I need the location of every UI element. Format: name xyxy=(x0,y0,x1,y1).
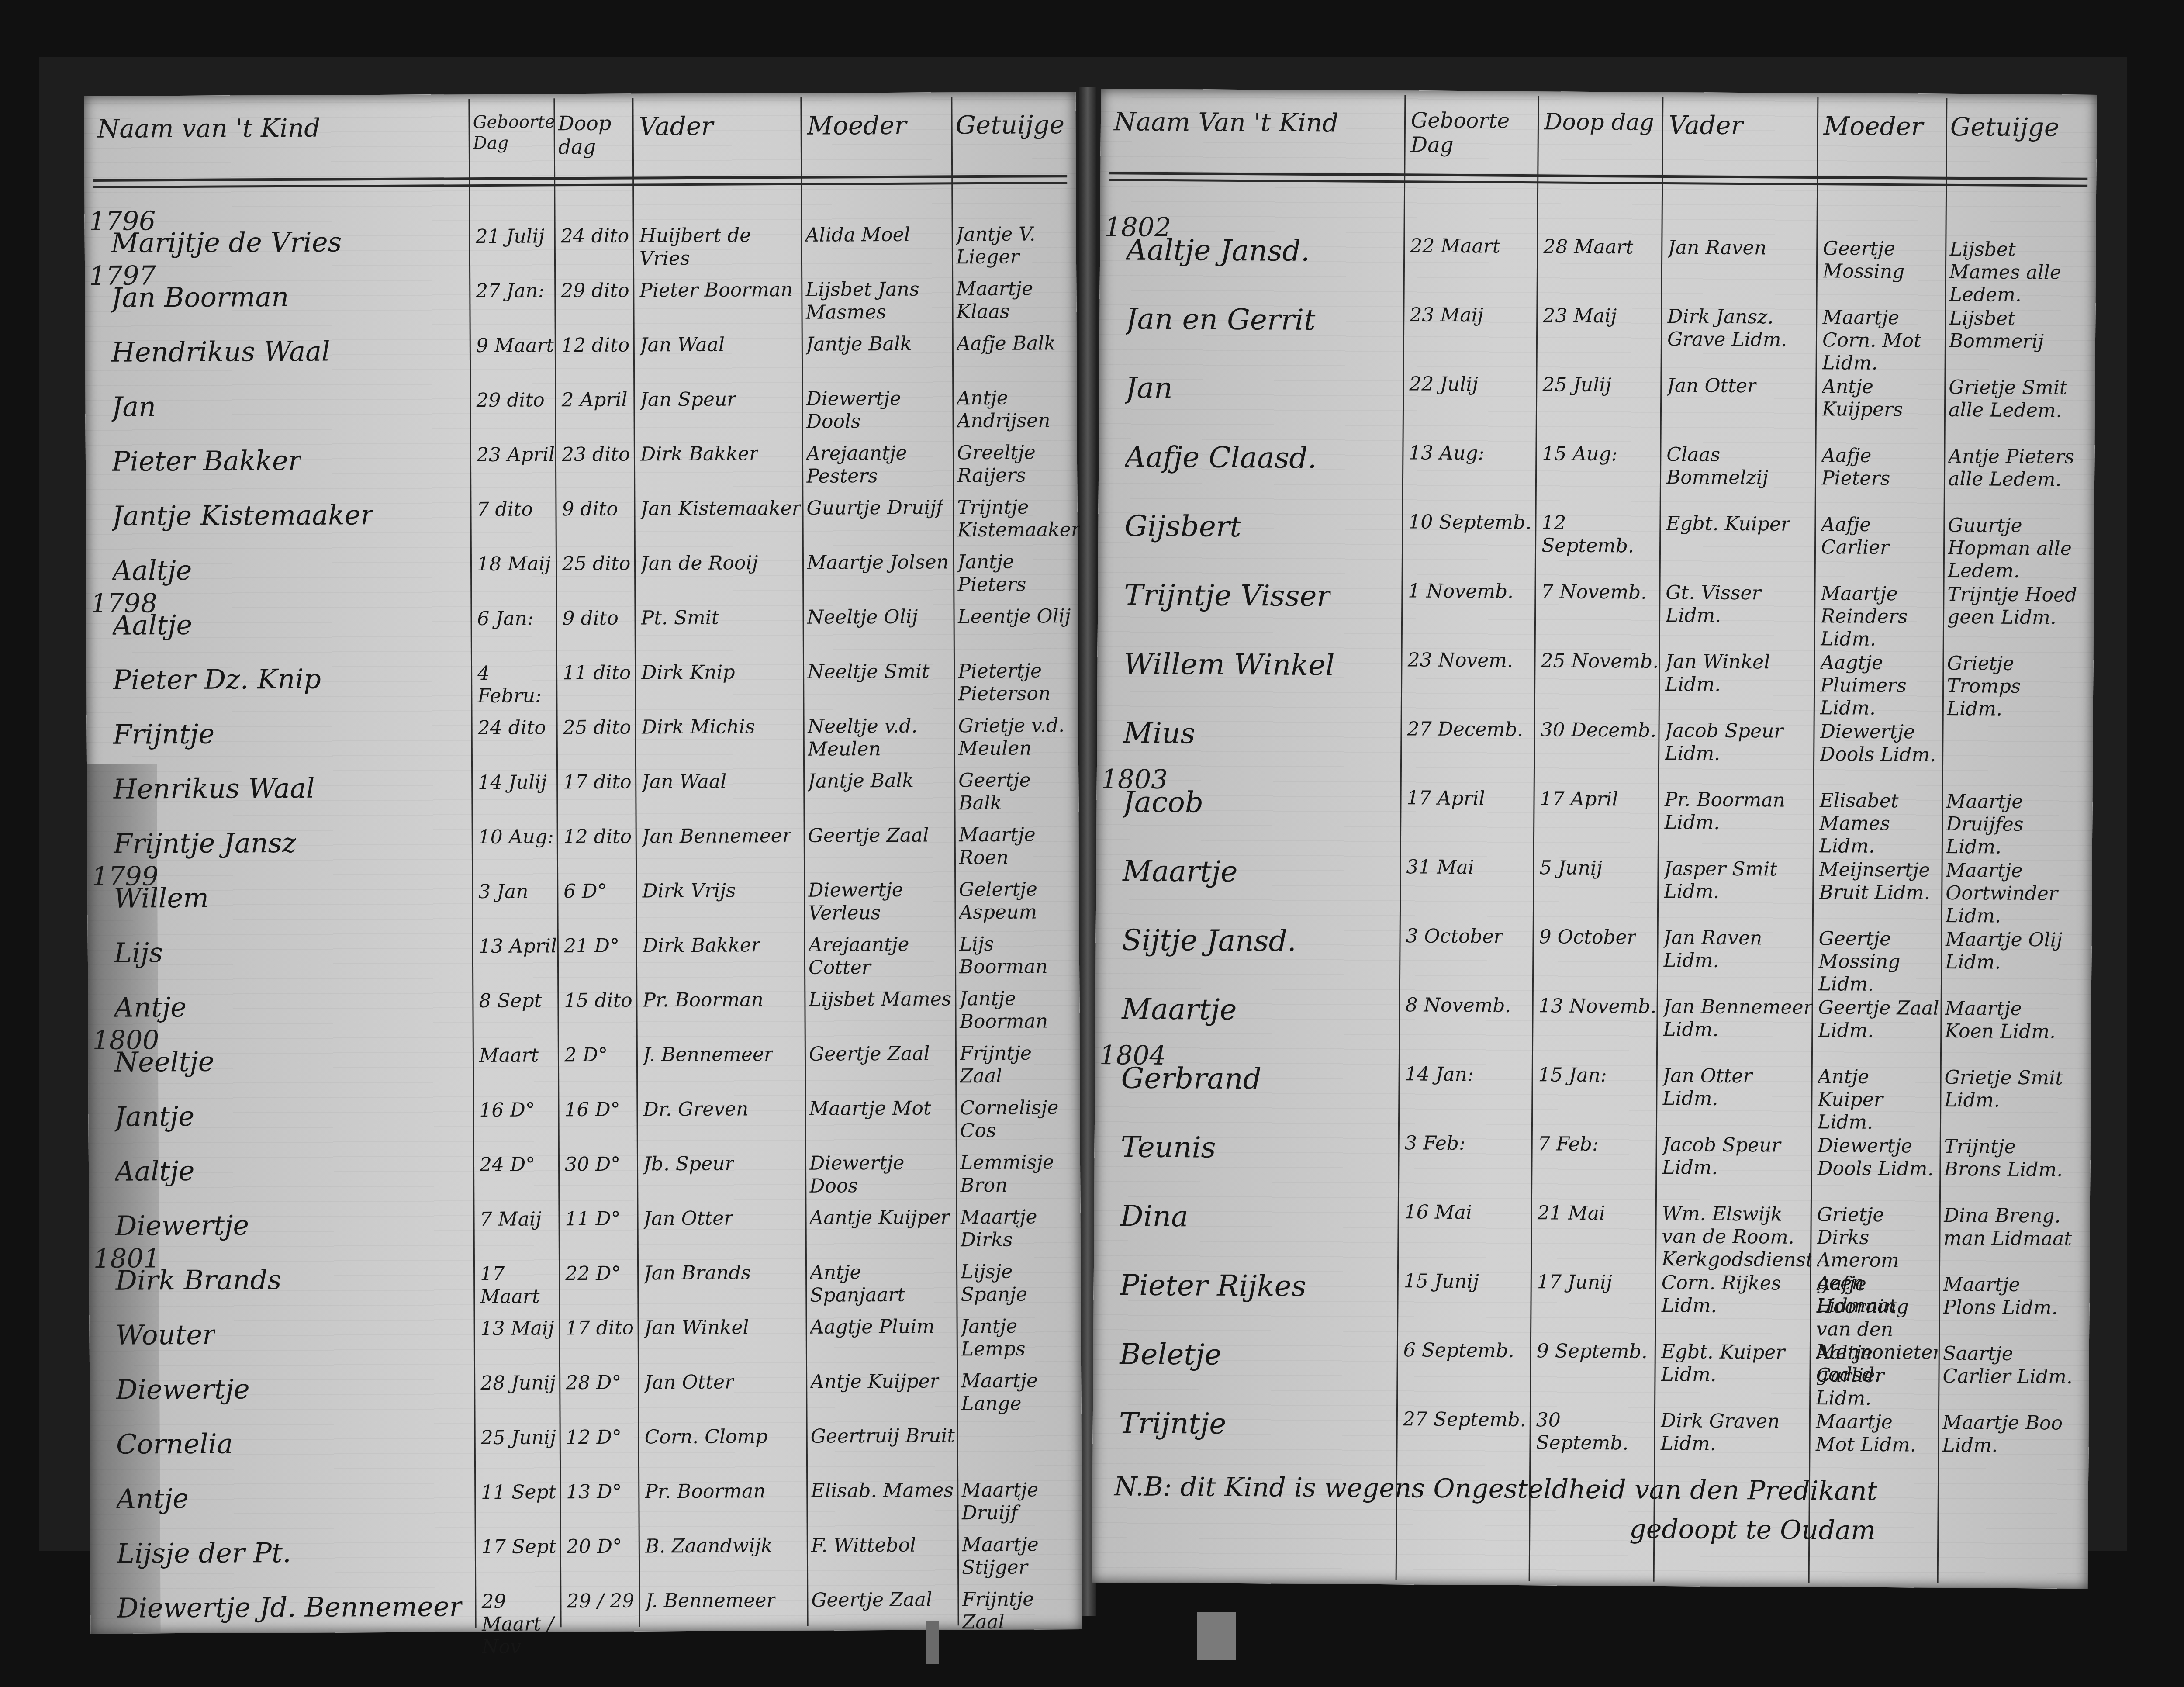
father-name: Jan Winkel xyxy=(644,1316,749,1339)
child-name: Dina xyxy=(1120,1199,1188,1233)
ribbon-marker xyxy=(1197,1612,1236,1660)
birth-date: 4 Febru: xyxy=(477,662,557,708)
baptism-date: 12 dito xyxy=(561,334,630,357)
father-name: Jan Waal xyxy=(640,334,725,357)
father-name: Jan Waal xyxy=(642,771,726,794)
mother-name: Geertje Zaal xyxy=(811,1589,932,1612)
mother-name: Diewertje Dools Lidm. xyxy=(1820,720,1942,767)
child-name: Dirk Brands xyxy=(115,1264,281,1296)
birth-date: 25 Junij xyxy=(481,1426,556,1449)
register-entry-row: 1798Aaltje6 Jan:9 ditoPt. SmitNeeltje Ol… xyxy=(86,605,1078,609)
child-name: Frijntje xyxy=(113,718,215,750)
mother-name: Meijnsertje Bruit Lidm. xyxy=(1819,858,1941,905)
child-name: Wouter xyxy=(116,1319,215,1351)
child-name: Aaltje xyxy=(112,554,192,587)
child-name: Jantje Kistemaaker xyxy=(112,499,373,532)
birth-date: 17 April xyxy=(1406,787,1485,810)
column-divider xyxy=(553,98,561,1627)
birth-date: 23 April xyxy=(477,443,555,467)
register-entry-row: Lijsje der Pt.17 Sept20 D°B. ZaandwijkF.… xyxy=(90,1533,1082,1538)
baptism-date: 24 dito xyxy=(561,225,629,248)
baptism-date: 5 Junij xyxy=(1539,857,1602,880)
baptism-date: 17 dito xyxy=(566,1317,634,1340)
mother-name: Neeltje Olij xyxy=(807,606,918,629)
witness-name: Jantje Lemps xyxy=(961,1315,1081,1361)
mother-name: Maartje Mot Lidm. xyxy=(1815,1410,1937,1457)
register-entry-row: Hendrikus Waal9 Maart12 ditoJan WaalJant… xyxy=(85,332,1077,336)
birth-date: 10 Aug: xyxy=(478,826,554,849)
father-name: J. Bennemeer xyxy=(643,1043,773,1066)
mother-name: Antje Spanjaart xyxy=(810,1261,955,1307)
witness-name: Guurtje Hopman alle Ledem. xyxy=(1948,514,2079,583)
child-name: Maartje xyxy=(1121,992,1237,1027)
child-name: Aaltje xyxy=(115,1155,195,1187)
child-name: Antje xyxy=(114,991,187,1023)
father-name: Pt. Smit xyxy=(641,607,719,630)
witness-name: Leentje Olij xyxy=(957,605,1071,628)
witness-name: Maartje Druijf xyxy=(961,1479,1082,1525)
baptism-date: 13 Novemb. xyxy=(1538,995,1656,1018)
witness-name: Jantje Pieters xyxy=(957,550,1078,596)
mother-name: Diewertje Verleus xyxy=(808,878,954,924)
witness-name: Maartje Olij Lidm. xyxy=(1945,928,2077,975)
child-name: Aafje Claasd. xyxy=(1125,440,1317,475)
father-name: J. Bennemeer xyxy=(645,1589,775,1612)
child-name: Aaltje Jansd. xyxy=(1126,233,1310,268)
baptism-date: 22 D° xyxy=(565,1262,621,1286)
father-name: Dirk Graven Lidm. xyxy=(1660,1410,1811,1456)
father-name: Dirk Knip xyxy=(641,661,735,684)
father-name: Jan Raven Lidm. xyxy=(1663,926,1814,973)
mother-name: Geertruij Bruit xyxy=(811,1424,955,1448)
baptism-date: 11 D° xyxy=(565,1208,620,1231)
mother-name: Jantje Balk xyxy=(806,333,912,356)
register-entry-row: Diewertje28 Junij28 D°Jan OtterAntje Kui… xyxy=(90,1369,1081,1374)
birth-date: 10 Septemb. xyxy=(1408,511,1531,534)
baptism-date: 11 dito xyxy=(563,662,631,685)
birth-date: 8 Sept xyxy=(479,989,542,1013)
father-name: Pr. Boorman xyxy=(643,989,764,1012)
child-name: Hendrikus Waal xyxy=(111,335,330,368)
mother-name: Elisab. Mames xyxy=(811,1479,954,1502)
father-name: Jan Winkel Lidm. xyxy=(1665,650,1815,697)
birth-date: 7 Maij xyxy=(480,1208,541,1231)
baptism-date: 20 D° xyxy=(567,1535,622,1559)
baptism-date: 15 dito xyxy=(564,989,632,1013)
column-divider xyxy=(632,98,640,1627)
child-name: Jan en Gerrit xyxy=(1126,302,1316,337)
birth-date: 28 Junij xyxy=(480,1372,556,1395)
mother-name: Arejaantje Cotter xyxy=(809,933,954,979)
register-entry-row: Jan29 dito2 AprilJan SpeurDiewertje Dool… xyxy=(85,387,1077,391)
register-entry-row: Cornelia25 Junij12 D°Corn. ClompGeertrui… xyxy=(90,1424,1082,1428)
register-entry-row: Aaltje18 Maij25 ditoJan de RooijMaartje … xyxy=(86,550,1078,555)
baptism-date: 12 dito xyxy=(563,826,632,849)
witness-name: Maartje Koen Lidm. xyxy=(1945,997,2076,1044)
header-birth-day: Geboorte Dag xyxy=(1411,108,1534,158)
birth-date: 18 Maij xyxy=(477,553,551,576)
witness-name: Lemmisje Bron xyxy=(960,1151,1080,1197)
father-name: Egbt. Kuiper Lidm. xyxy=(1661,1341,1811,1387)
witness-name: Maartje Stijger xyxy=(962,1533,1082,1579)
witness-name: Greeltje Raijers xyxy=(957,441,1077,487)
mother-name: Lijsbet Mames xyxy=(809,988,951,1011)
child-name: Beletje xyxy=(1120,1337,1222,1371)
child-name: Lijsje der Pt. xyxy=(117,1537,291,1569)
register-entry-row: 1801Dirk Brands17 Maart22 D°Jan BrandsAn… xyxy=(89,1260,1081,1265)
witness-name: Maartje Klaas xyxy=(956,277,1076,323)
mother-name: Aantje Kuijper xyxy=(809,1206,950,1229)
father-name: Corn. Clomp xyxy=(645,1425,768,1448)
father-name: Jan Otter xyxy=(644,1371,734,1394)
witness-name: Maartje Druijfes Lidm. xyxy=(1946,790,2077,859)
register-entry-row: Lijs13 April21 D°Dirk BakkerArejaantje C… xyxy=(88,933,1079,937)
mother-name: Maartje Jolsen xyxy=(807,551,949,574)
mother-name: Diewertje Dools xyxy=(806,387,951,433)
footnote-line-1: N.B: dit Kind is wegens Ongesteldheid va… xyxy=(1114,1471,1877,1507)
baptism-date: 12 D° xyxy=(566,1426,622,1449)
father-name: Dirk Bakker xyxy=(640,442,758,466)
baptism-date: 12 Septemb. xyxy=(1541,512,1661,558)
child-name: Gerbrand xyxy=(1121,1061,1261,1096)
witness-name: Grietje v.d. Meulen xyxy=(958,714,1078,760)
column-divider xyxy=(468,99,476,1628)
birth-date: Maart xyxy=(479,1044,539,1067)
father-name: Dirk Vrijs xyxy=(642,879,736,902)
child-name: Diewertje xyxy=(115,1209,249,1241)
baptism-date: 15 Jan: xyxy=(1538,1064,1607,1087)
father-name: Jan Bennemeer Lidm. xyxy=(1663,996,1813,1042)
birth-date: 21 Julij xyxy=(476,225,545,248)
birth-date: 16 Mai xyxy=(1404,1201,1472,1224)
header-double-rule xyxy=(93,175,1067,188)
child-name: Gijsbert xyxy=(1124,509,1241,543)
birth-date: 6 Septemb. xyxy=(1403,1339,1514,1362)
father-name: Jan Brands xyxy=(644,1262,751,1285)
mother-name: Antje Kuijper xyxy=(810,1370,939,1393)
header-baptism-day: Doop dag xyxy=(1544,109,1658,136)
child-name: Diewertje xyxy=(116,1373,250,1405)
witness-name: Grietje Smit Lidm. xyxy=(1944,1066,2076,1113)
baptism-date: 30 Septemb. xyxy=(1536,1409,1655,1455)
father-name: Jb. Speur xyxy=(643,1152,734,1175)
birth-date: 7 dito xyxy=(477,498,533,521)
child-name: Maartje xyxy=(1122,854,1237,888)
father-name: Jan Speur xyxy=(640,388,736,411)
mother-name: Maartje Mot xyxy=(809,1097,931,1120)
birth-date: 27 Decemb. xyxy=(1407,718,1523,741)
birth-date: 24 D° xyxy=(480,1153,535,1176)
witness-name: Grietje Smit alle Ledem. xyxy=(1949,376,2080,422)
birth-date: 24 dito xyxy=(478,716,546,740)
baptism-date: 2 April xyxy=(561,389,627,412)
father-name: Pieter Boorman xyxy=(639,279,793,302)
witness-name: Trijntje Brons Lidm. xyxy=(1944,1135,2075,1182)
father-name: Corn. Rijkes Lidm. xyxy=(1661,1272,1811,1318)
birth-date: 17 Sept xyxy=(481,1535,556,1559)
baptism-date: 29 dito xyxy=(561,280,629,303)
witness-name: Jantje V. Lieger xyxy=(956,223,1076,269)
birth-date: 11 Sept xyxy=(481,1481,556,1504)
child-name: Cornelia xyxy=(116,1428,233,1460)
witness-name: Dina Breng. man Lidmaat xyxy=(1943,1204,2075,1251)
birth-date: 13 April xyxy=(479,935,557,958)
child-name: Pieter Rijkes xyxy=(1120,1268,1306,1303)
birth-date: 22 Maart xyxy=(1410,235,1500,258)
child-name: Jan Boorman xyxy=(111,281,289,314)
father-name: Jasper Smit Lidm. xyxy=(1664,857,1814,904)
witness-name: Grietje Tromps Lidm. xyxy=(1947,652,2078,721)
register-entry-row: Frijntje Jansz10 Aug:12 ditoJan Bennemee… xyxy=(87,823,1079,828)
father-name: Dr. Greven xyxy=(643,1098,748,1121)
birth-date: 27 Septemb. xyxy=(1403,1408,1526,1431)
baptism-date: 9 dito xyxy=(562,607,619,630)
father-name: Pr. Boorman xyxy=(645,1480,766,1503)
header-birth-day: Geboorte Dag xyxy=(473,111,551,154)
child-name: Jan xyxy=(1125,371,1173,405)
mother-name: Geertje Zaal xyxy=(809,1043,930,1066)
father-name: Huijbert de Vries xyxy=(639,224,800,270)
mother-name: Lijsbet Jans Masmes xyxy=(805,278,951,324)
baptism-date: 2 D° xyxy=(564,1044,608,1067)
father-name: Gt. Visser Lidm. xyxy=(1666,581,1816,628)
footnote-line-2: gedoopt te Oudam xyxy=(1629,1514,1876,1546)
baptism-date: 15 Aug: xyxy=(1542,442,1617,466)
mother-name: Neeltje v.d. Meulen xyxy=(808,715,953,761)
father-name: Dirk Bakker xyxy=(643,934,760,957)
birth-date: 23 Maij xyxy=(1410,304,1483,327)
father-name: Jan Otter Lidm. xyxy=(1662,1065,1813,1111)
birth-date: 14 Jan: xyxy=(1405,1063,1474,1086)
witness-name: Maartje Oortwinder Lidm. xyxy=(1946,859,2077,928)
header-child-name: Naam van 't Kind xyxy=(97,113,321,144)
birth-date: 9 Maart xyxy=(476,334,554,357)
baptism-date: 16 D° xyxy=(564,1099,620,1122)
mother-name: Elisabet Mames Lidm. xyxy=(1819,789,1941,858)
baptism-date: 6 D° xyxy=(563,880,607,903)
birth-date: 27 Jan: xyxy=(476,280,544,303)
birth-date: 22 Julij xyxy=(1409,373,1478,396)
child-name: Sijtje Jansd. xyxy=(1122,923,1296,958)
mother-name: Arejaantje Pesters xyxy=(806,442,952,487)
witness-name: Maartje Lange xyxy=(961,1369,1081,1415)
child-name: Marijtje de Vries xyxy=(111,226,342,259)
header-child-name: Naam Van 't Kind xyxy=(1114,106,1339,138)
birth-date: 13 Aug: xyxy=(1409,442,1484,465)
birth-date: 15 Junij xyxy=(1404,1270,1479,1293)
witness-name: Antje Andrijsen xyxy=(957,387,1077,432)
witness-name: Aafje Balk xyxy=(957,332,1056,355)
witness-name: Frijntje Zaal xyxy=(960,1042,1080,1088)
child-name: Teunis xyxy=(1120,1130,1216,1164)
child-name: Willem Winkel xyxy=(1123,647,1335,682)
father-name: Jan Kistemaaker xyxy=(640,497,801,521)
register-entry-row: 1800NeeltjeMaart2 D°J. BennemeerGeertje … xyxy=(88,1042,1080,1046)
child-name: Frijntje Jansz xyxy=(114,827,297,860)
register-entry-row: 1796Marijtje de Vries21 Julij24 ditoHuij… xyxy=(85,223,1076,227)
witness-name: Lijsje Spanje xyxy=(961,1260,1081,1306)
witness-name: Frijntje Zaal xyxy=(962,1588,1082,1634)
register-entry-row: Jantje Kistemaaker7 dito9 ditoJan Kistem… xyxy=(86,496,1077,500)
birth-date: 13 Maij xyxy=(480,1317,554,1340)
birth-date: 23 Novem. xyxy=(1407,649,1513,672)
baptism-date: 21 D° xyxy=(564,935,619,958)
father-name: Jacob Speur Lidm. xyxy=(1665,719,1815,766)
header-mother: Moeder xyxy=(1824,111,1923,142)
mother-name: Neeltje Smit xyxy=(807,660,930,684)
header-father: Vader xyxy=(1669,110,1743,141)
father-name: Jacob Speur Lidm. xyxy=(1662,1134,1812,1180)
right-page: Naam Van 't Kind Geboorte Dag Doop dag V… xyxy=(1092,89,2097,1589)
mother-name: Aafje Carlier xyxy=(1821,513,1943,560)
register-entry-row: Antje8 Sept15 ditoPr. BoormanLijsbet Mam… xyxy=(88,987,1079,992)
mother-name: Alida Moel xyxy=(805,224,910,247)
father-name: Dirk Jansz. Grave Lidm. xyxy=(1667,305,1818,352)
father-name: Jan Raven xyxy=(1668,236,1766,259)
birth-date: 29 dito xyxy=(476,389,545,412)
baptism-date: 17 dito xyxy=(563,771,632,794)
father-name: Dirk Michis xyxy=(642,716,755,739)
birth-date: 6 Jan: xyxy=(477,607,533,630)
baptism-date: 25 Julij xyxy=(1542,373,1611,397)
child-name: Trijntje xyxy=(1119,1406,1227,1440)
header-witness: Getuijge xyxy=(955,109,1064,140)
witness-name: Pietertje Pieterson xyxy=(958,660,1078,705)
child-name: Neeltje xyxy=(114,1046,214,1078)
father-name: Egbt. Kuiper xyxy=(1666,512,1790,536)
baptism-date: 13 D° xyxy=(566,1481,622,1504)
column-divider xyxy=(800,97,808,1626)
father-name: Jan Bennemeer xyxy=(642,825,791,848)
header-mother: Moeder xyxy=(807,110,906,141)
register-entry-row: Frijntje24 dito25 ditoDirk MichisNeeltje… xyxy=(87,714,1078,719)
witness-name: Trijntje Hoed geen Lidm. xyxy=(1947,583,2079,629)
birth-date: 14 Julij xyxy=(478,771,547,794)
mother-name: Geertje Mossing xyxy=(1823,237,1945,283)
ribbon-marker xyxy=(926,1621,939,1664)
witness-name: Trijntje Kistemaaker xyxy=(957,496,1080,542)
left-page: Naam van 't Kind Geboorte Dag Doop dag V… xyxy=(84,92,1082,1634)
birth-date: 3 Feb: xyxy=(1405,1132,1465,1155)
mother-name: Maartje Corn. Mot Lidm. xyxy=(1822,306,1944,375)
register-entry-row: Jantje16 D°16 D°Dr. GrevenMaartje MotCor… xyxy=(88,1096,1080,1101)
header-father: Vader xyxy=(639,111,713,142)
witness-name: Cornelisje Cos xyxy=(960,1096,1080,1142)
father-name: B. Zaandwijk xyxy=(645,1535,773,1558)
child-name: Pieter Dz. Knip xyxy=(113,663,321,696)
baptism-date: 28 Maart xyxy=(1543,235,1634,259)
register-entry-row: Antje11 Sept13 D°Pr. BoormanElisab. Mame… xyxy=(90,1479,1082,1483)
baptism-date: 30 Decemb. xyxy=(1540,719,1656,742)
witness-name: Maartje Plons Lidm. xyxy=(1943,1273,2074,1320)
witness-name: Geertje Balk xyxy=(958,769,1078,815)
baptism-date: 9 October xyxy=(1539,926,1636,949)
register-entry-row: Aaltje24 D°30 D°Jb. SpeurDiewertje DoosL… xyxy=(89,1151,1080,1155)
birth-date: 3 October xyxy=(1406,925,1503,948)
mother-name: Diewertje Dools Lidm. xyxy=(1817,1134,1939,1181)
mother-name: Aagtje Pluim xyxy=(810,1315,935,1338)
baptism-date: 28 D° xyxy=(566,1372,621,1395)
birth-date: 31 Mai xyxy=(1406,856,1474,879)
child-name: Pieter Bakker xyxy=(112,445,301,477)
birth-date: 3 Jan xyxy=(478,881,528,903)
mother-name: Antje Kuiper Lidm. xyxy=(1818,1065,1939,1134)
witness-name: Maartje Roen xyxy=(959,823,1079,869)
header-double-rule xyxy=(1109,172,2087,187)
witness-name: Maartje Boo Lidm. xyxy=(1942,1411,2073,1458)
baptism-date: 9 Septemb. xyxy=(1537,1340,1648,1363)
mother-name: Guurtje Druijf xyxy=(806,496,943,519)
father-name: Jan Otter xyxy=(1667,374,1756,398)
register-entry-row: 1799Willem3 Jan6 D°Dirk VrijsDiewertje V… xyxy=(87,878,1079,882)
father-name: Claas Bommelzij xyxy=(1666,443,1817,490)
mother-name: F. Wittebol xyxy=(811,1534,916,1557)
father-name: Wm. Elswijk van de Room. Kerkgodsdienst xyxy=(1662,1203,1812,1272)
witness-name: Lijsbet Bommerij xyxy=(1949,307,2080,353)
witness-name: Antje Pieters alle Ledem. xyxy=(1948,445,2080,491)
mother-name: Diewertje Doos xyxy=(809,1151,955,1197)
register-entry-row: 1797Jan Boorman27 Jan:29 ditoPieter Boor… xyxy=(85,277,1076,282)
header-witness: Getuijge xyxy=(1950,111,2060,143)
register-entry-row: Pieter Dz. Knip4 Febru:11 ditoDirk KnipN… xyxy=(86,660,1078,664)
baptism-date: 25 dito xyxy=(562,553,631,576)
witness-name: Lijsbet Mames alle Ledem. xyxy=(1949,238,2080,307)
child-name: Antje xyxy=(116,1483,189,1515)
mother-name: Aagtje Pluimers Lidm. xyxy=(1820,651,1942,720)
witness-name: Maartje Dirks xyxy=(960,1206,1080,1251)
witness-name: Lijs Boorman xyxy=(959,933,1079,978)
baptism-date: 17 Junij xyxy=(1537,1271,1612,1294)
birth-date: 1 Novemb. xyxy=(1408,580,1514,603)
child-name: Lijs xyxy=(114,937,163,968)
witness-name: Jantje Boorman xyxy=(959,987,1079,1033)
baptism-date: 29 / 29 xyxy=(567,1590,634,1613)
baptism-date: 25 dito xyxy=(563,716,632,740)
birth-date: 29 Maart / Nov xyxy=(481,1590,562,1659)
witness-name: Saartje Carlier Lidm. xyxy=(1942,1342,2074,1389)
register-entry-row: Diewertje7 Maij11 D°Jan OtterAantje Kuij… xyxy=(89,1206,1080,1210)
baptism-date: 9 dito xyxy=(562,498,618,521)
baptism-date: 23 dito xyxy=(562,443,630,467)
mother-name: Jantje Balk xyxy=(808,770,914,793)
register-entry-row: Pieter Bakker23 April23 ditoDirk BakkerA… xyxy=(86,441,1077,446)
baptism-date: 17 April xyxy=(1540,788,1618,811)
child-name: Aaltje xyxy=(112,609,192,641)
mother-name: Maartje Reinders Lidm. xyxy=(1821,582,1942,651)
mother-name: Geertje Zaal xyxy=(808,824,929,847)
father-name: Jan de Rooij xyxy=(641,552,758,575)
birth-date: 8 Novemb. xyxy=(1406,994,1511,1017)
baptism-date: 21 Mai xyxy=(1538,1202,1606,1225)
witness-name: Gelertje Aspeum xyxy=(959,878,1079,924)
birth-date: 17 Maart xyxy=(480,1262,560,1308)
child-name: Jan xyxy=(111,391,156,422)
baptism-date: 30 D° xyxy=(565,1153,620,1176)
mother-name: Geertje Zaal Lidm. xyxy=(1818,996,1940,1043)
mother-name: Geertje Mossing Lidm. xyxy=(1818,927,1940,996)
register-entry-row: Henrikus Waal14 Julij17 ditoJan WaalJant… xyxy=(87,769,1078,773)
child-name: Trijntje Visser xyxy=(1124,578,1330,613)
register-entry-row: Diewertje Jd. Bennemeer29 Maart / Nov29 … xyxy=(90,1588,1082,1592)
baptism-date: 7 Novemb. xyxy=(1541,581,1647,604)
child-name: Jantje xyxy=(114,1100,194,1133)
mother-name: Aaltje Carlier Lidm. xyxy=(1816,1341,1938,1410)
baptism-date: 7 Feb: xyxy=(1538,1133,1599,1156)
birth-date: 16 D° xyxy=(479,1099,535,1122)
column-divider xyxy=(951,97,959,1625)
baptism-date: 25 Novemb. xyxy=(1541,650,1659,673)
mother-name: Aafje Pieters xyxy=(1821,444,1943,491)
